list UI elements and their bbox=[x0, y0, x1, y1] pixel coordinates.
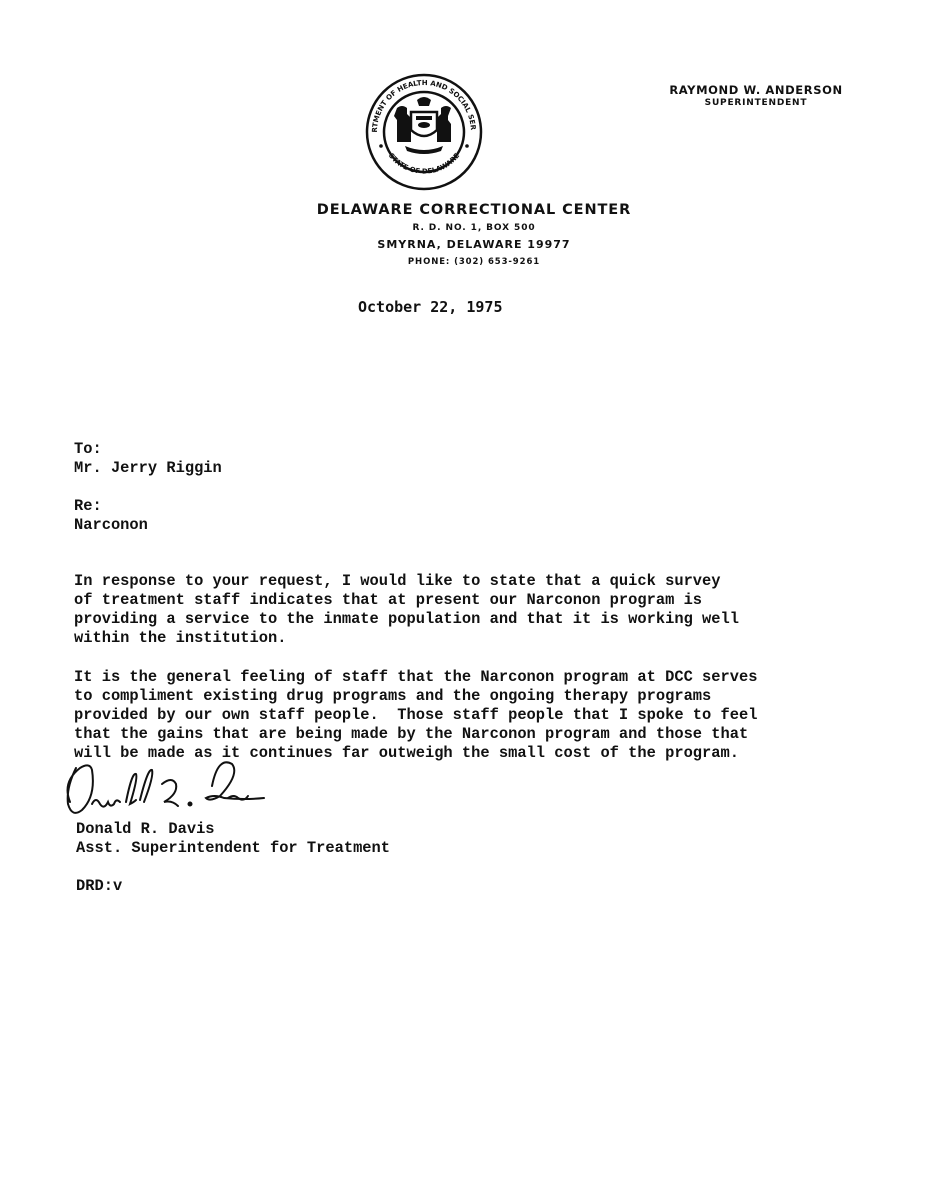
address-line-1: R. D. NO. 1, BOX 500 bbox=[200, 223, 748, 233]
superintendent-title: SUPERINTENDENT bbox=[640, 98, 872, 108]
superintendent-name: RAYMOND W. ANDERSON bbox=[640, 83, 872, 97]
body-paragraph-1: In response to your request, I would lik… bbox=[74, 572, 739, 648]
superintendent-block: RAYMOND W. ANDERSON SUPERINTENDENT bbox=[640, 83, 872, 108]
organization-block: DELAWARE CORRECTIONAL CENTER R. D. NO. 1… bbox=[200, 202, 748, 267]
letter-date: October 22, 1975 bbox=[358, 298, 503, 316]
subject-label: Re: bbox=[74, 497, 102, 516]
reference-initials: DRD:v bbox=[76, 877, 122, 896]
body-line: In response to your request, I would lik… bbox=[74, 572, 739, 591]
seal-bottom-text: STATE OF DELAWARE bbox=[387, 152, 462, 176]
signer-name: Donald R. Davis bbox=[76, 820, 215, 839]
body-line: within the institution. bbox=[74, 629, 739, 648]
body-line: of treatment staff indicates that at pre… bbox=[74, 591, 739, 610]
body-paragraph-2: It is the general feeling of staff that … bbox=[74, 668, 757, 763]
organization-name: DELAWARE CORRECTIONAL CENTER bbox=[200, 202, 748, 218]
svg-text:STATE OF DELAWARE: STATE OF DELAWARE bbox=[387, 152, 462, 176]
signer-title: Asst. Superintendent for Treatment bbox=[76, 839, 390, 858]
body-line: to compliment existing drug programs and… bbox=[74, 687, 757, 706]
body-line: providing a service to the inmate popula… bbox=[74, 610, 739, 629]
state-seal-icon: DEPARTMENT OF HEALTH AND SOCIAL SERVICES… bbox=[361, 72, 487, 192]
address-line-2: SMYRNA, DELAWARE 19977 bbox=[200, 238, 748, 251]
phone-number: PHONE: (302) 653-9261 bbox=[200, 257, 748, 267]
recipient-name: Mr. Jerry Riggin bbox=[74, 459, 222, 478]
recipient-label: To: bbox=[74, 440, 102, 459]
body-line: It is the general feeling of staff that … bbox=[74, 668, 757, 687]
body-line: provided by our own staff people. Those … bbox=[74, 706, 757, 725]
body-line: that the gains that are being made by th… bbox=[74, 725, 757, 744]
subject-value: Narconon bbox=[74, 516, 148, 535]
handwritten-signature-icon bbox=[62, 758, 277, 820]
